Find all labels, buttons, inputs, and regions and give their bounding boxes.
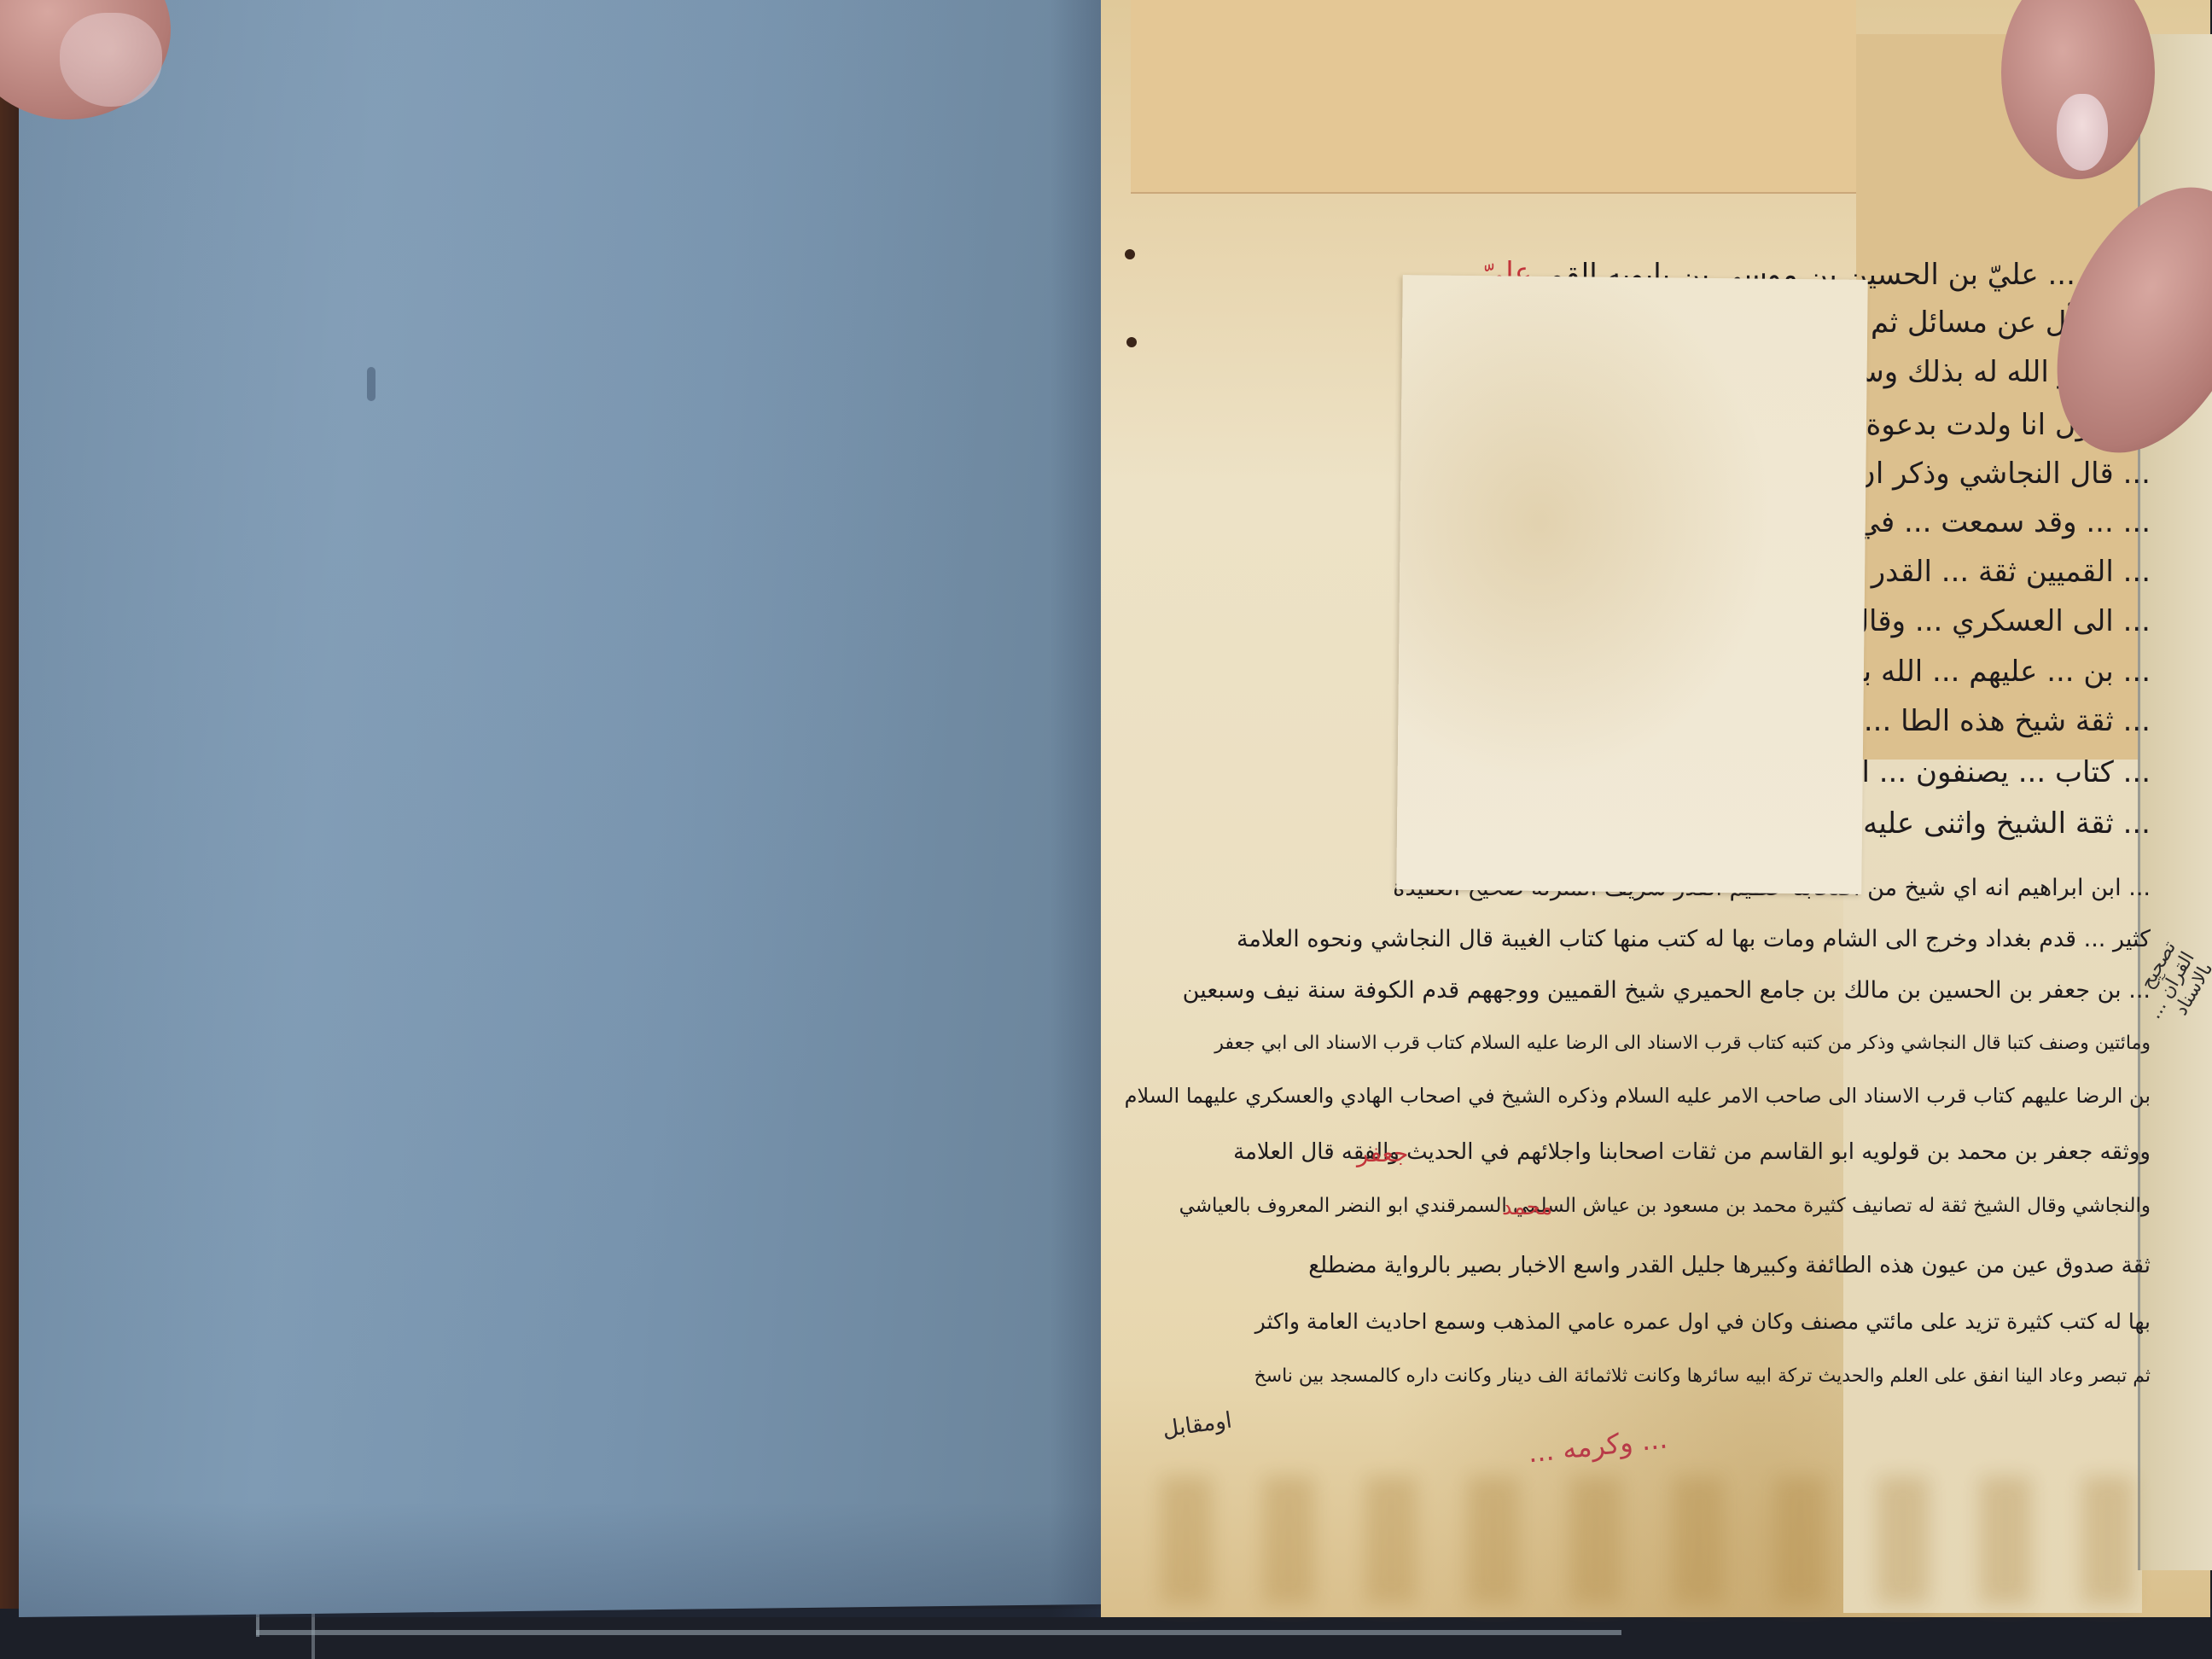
text-line: ومائتين وصنف كتبا قال النجاشي وذكر من كت…	[1214, 1033, 2151, 1054]
text-line: ثم تبصر وعاد الينا انفق على العلم والحدي…	[1254, 1365, 2151, 1387]
right-thumbnail	[2057, 94, 2108, 171]
flyleaf-shadow	[19, 1502, 1103, 1617]
rubric-word: محمد	[1502, 1195, 1552, 1220]
flyleaf-mark	[367, 367, 375, 401]
text-line: ... بن جعفر بن الحسين بن مالك بن جامع ال…	[1183, 977, 2151, 1004]
text-line: بن الرضا عليهم كتاب قرب الاسناد الى صاحب…	[1125, 1084, 2151, 1108]
text-line: بها له كتب كثيرة تزيد على مائتي مصنف وكا…	[1255, 1309, 2151, 1334]
rubric-word: جعفر	[1357, 1139, 1408, 1167]
blue-flyleaf	[19, 0, 1103, 1617]
left-thumbnail	[60, 13, 162, 107]
table-edge-line-vertical-2	[311, 1611, 315, 1659]
text-line: كثير ... قدم بغداد وخرج الى الشام ومات ب…	[1237, 926, 2151, 952]
table-edge-line	[256, 1630, 1621, 1635]
binding-hole	[1125, 249, 1135, 259]
text-line: ثقة صدوق عين من عيون هذه الطائفة وكبيرها…	[1308, 1253, 2151, 1278]
water-stain	[1109, 1476, 2133, 1604]
text-line: والنجاشي وقال الشيخ ثقة له تصانيف كثيرة …	[1179, 1195, 2151, 1217]
pasted-paper-patch	[1396, 275, 1868, 894]
page-repair-strip-top	[1131, 0, 1856, 194]
